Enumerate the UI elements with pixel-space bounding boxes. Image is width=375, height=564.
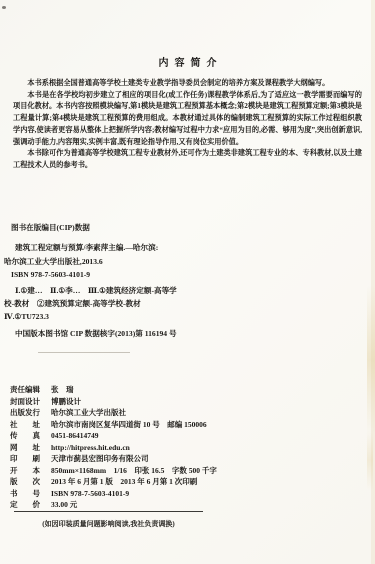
colophon-row: 封面设计 博鹏设计 <box>10 396 367 408</box>
colophon-label: 传 真 <box>10 430 48 442</box>
summary-paragraph: 本书除可作为普通高等学校建筑工程专业教材外,还可作为土建类非建筑工程专业的本、专… <box>13 148 362 171</box>
colophon-value: 2013 年 6 月第 1 版 2013 年 6 月第 1 次印刷 <box>51 476 197 488</box>
colophon-row: 开 本 850mm×1168mm 1/16 印张 16.5 字数 500 千字 <box>10 465 367 477</box>
colophon-row: 定 价 33.00 元 <box>10 499 367 511</box>
colophon-value: 33.00 元 <box>51 499 77 511</box>
colophon-row: 社 址 哈尔滨市南岗区复华四道街 10 号 邮编 150006 <box>10 419 367 431</box>
colophon-value: 张 瑞 <box>51 384 74 396</box>
colophon-row: 网 址 http://hitpress.hit.edu.cn <box>10 442 367 454</box>
cip-data-section: 图书在版编目(CIP)数据 建筑工程定额与预算/李素萍主编.—哈尔滨: 哈尔滨工… <box>4 221 315 340</box>
cip-record-number-line: 中国版本图书馆 CIP 数据核字(2013)第 116194 号 <box>4 327 315 340</box>
colophon-label: 定 价 <box>10 499 48 511</box>
colophon-row: 传 真 0451-86414749 <box>10 430 367 442</box>
cip-title-line: 建筑工程定额与预算/李素萍主编.—哈尔滨: <box>4 241 315 254</box>
scan-speck <box>2 6 6 9</box>
book-copyright-page: 内容简介 本书系根据全国普通高等学校土建类专业教学指导委员会制定的培养方案及课程… <box>0 0 375 564</box>
cip-header: 图书在版编目(CIP)数据 <box>4 221 315 234</box>
colophon-value: 博鹏设计 <box>51 396 81 408</box>
colophon-label: 网 址 <box>10 442 48 454</box>
colophon-value: http://hitpress.hit.edu.cn <box>51 442 130 454</box>
cip-classification-line: Ⅳ.①TU723.3 <box>4 310 315 323</box>
content-summary-section: 内容简介 本书系根据全国普通高等学校土建类专业教学指导委员会制定的培养方案及课程… <box>13 54 362 172</box>
colophon-value: 天津市蓟县宏图印务有限公司 <box>51 453 149 465</box>
colophon-label: 印 刷 <box>10 453 48 465</box>
colophon-row: 印 刷 天津市蓟县宏图印务有限公司 <box>10 453 367 465</box>
cip-isbn-line: ISBN 978-7-5603-4101-9 <box>4 268 315 281</box>
colophon-value: 850mm×1168mm 1/16 印张 16.5 字数 500 千字 <box>51 465 217 477</box>
colophon-label: 出版发行 <box>10 407 48 419</box>
colophon-section: 责任编辑 张 瑞 封面设计 博鹏设计 出版发行 哈尔滨工业大学出版社 社 址 哈… <box>10 384 367 511</box>
colophon-label: 书 号 <box>10 488 48 500</box>
cip-publisher-line: 哈尔滨工业大学出版社,2013.6 <box>4 255 315 268</box>
colophon-label: 责任编辑 <box>10 384 48 396</box>
note-divider-rule <box>14 511 203 512</box>
colophon-value: 哈尔滨市南岗区复华四道街 10 号 邮编 150006 <box>51 419 207 431</box>
colophon-value: ISBN 978-7-5603-4101-9 <box>51 488 129 500</box>
colophon-row: 责任编辑 张 瑞 <box>10 384 367 396</box>
quality-exchange-note: (如因印装质量问题影响阅读,我社负责调换) <box>14 519 203 529</box>
colophon-value: 0451-86414749 <box>51 430 99 442</box>
summary-paragraph: 本书是在各学校均初步建立了相应的项目化(或工作任务)课程教学体系后,为了适应这一… <box>13 90 362 149</box>
scan-smudge <box>367 430 373 490</box>
colophon-row: 出版发行 哈尔滨工业大学出版社 <box>10 407 367 419</box>
colophon-row: 版 次 2013 年 6 月第 1 版 2013 年 6 月第 1 次印刷 <box>10 476 367 488</box>
content-summary-title: 内容简介 <box>13 54 362 69</box>
cip-divider-rule <box>38 352 130 353</box>
summary-paragraph: 本书系根据全国普通高等学校土建类专业教学指导委员会制定的培养方案及课程教学大纲编… <box>13 78 362 90</box>
colophon-row: 书 号 ISBN 978-7-5603-4101-9 <box>10 488 367 500</box>
colophon-label: 开 本 <box>10 465 48 477</box>
scan-smudge <box>367 285 375 435</box>
colophon-label: 社 址 <box>10 419 48 431</box>
colophon-label: 封面设计 <box>10 396 48 408</box>
cip-classification-line: 校-教材 ②建筑预算定额-高等学校-教材 <box>4 297 315 310</box>
cip-classification-line: Ⅰ.①建… Ⅱ.①李… Ⅲ.①建筑经济定额-高等学 <box>4 284 315 297</box>
colophon-label: 版 次 <box>10 476 48 488</box>
colophon-value: 哈尔滨工业大学出版社 <box>51 407 126 419</box>
